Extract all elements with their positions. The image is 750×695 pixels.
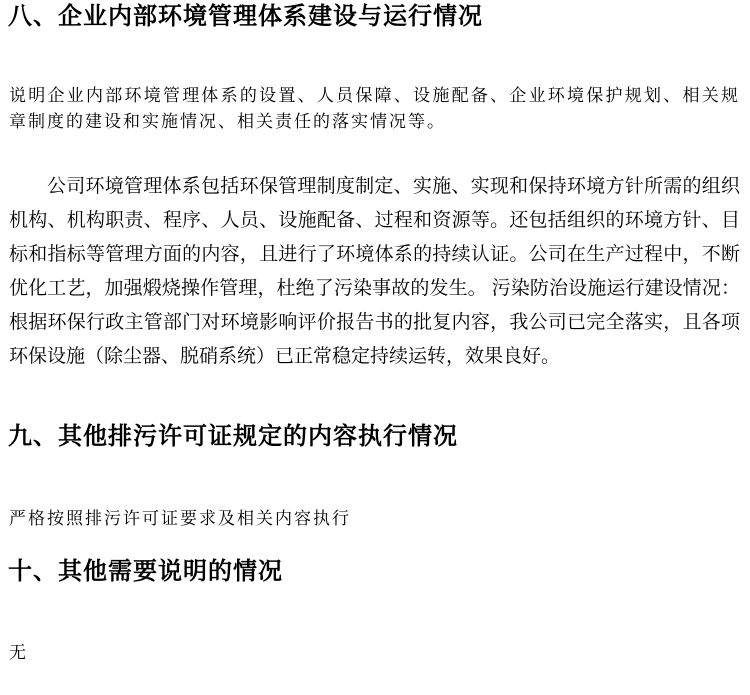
section-8-description-paragraph: 说明企业内部环境管理体系的设置、人员保障、设施配备、企业环境保护规划、相关规章制… (9, 83, 740, 135)
section-9-body-paragraph: 严格按照排污许可证要求及相关内容执行 (9, 506, 740, 532)
section-heading-internal-environment-management: 八、企业内部环境管理体系建设与运行情况 (8, 1, 483, 33)
section-heading-other-notes: 十、其他需要说明的情况 (8, 556, 283, 588)
section-heading-other-permit-requirements: 九、其他排污许可证规定的内容执行情况 (8, 421, 458, 453)
document-page: 八、企业内部环境管理体系建设与运行情况 说明企业内部环境管理体系的设置、人员保障… (0, 0, 750, 695)
section-8-body-paragraph: 公司环境管理体系包括环保管理制度制定、实施、实现和保持环境方针所需的组织机构、机… (9, 170, 740, 374)
section-10-body-paragraph: 无 (9, 640, 740, 666)
